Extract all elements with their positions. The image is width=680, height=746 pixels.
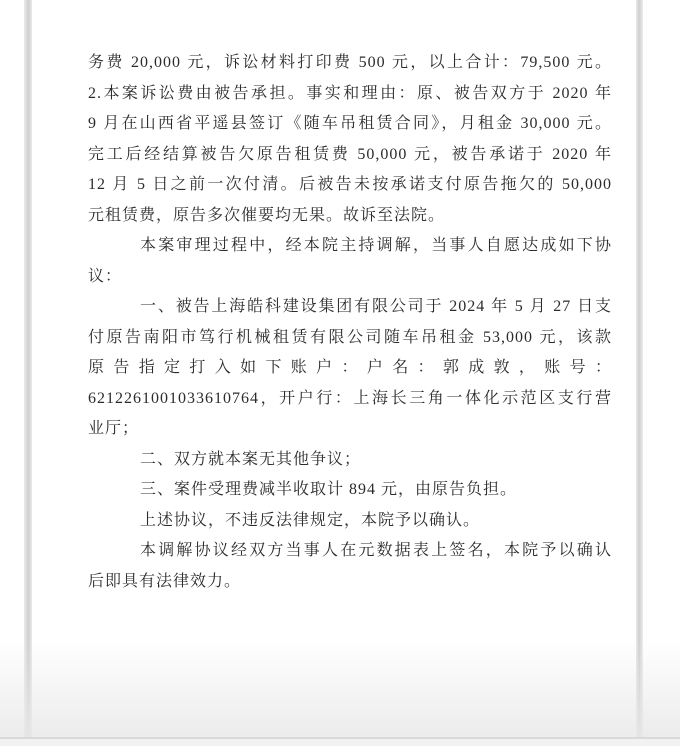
text-line: 上述协议，不违反法律规定，本院予以确认。 xyxy=(88,506,612,537)
text-line: 2.本案诉讼费由被告承担。事实和理由：原、被告双方于 2020 年 xyxy=(88,79,612,110)
text-line: 本案审理过程中，经本院主持调解，当事人自愿达成如下协 xyxy=(88,231,612,262)
text-line: 议： xyxy=(88,262,612,293)
text-line: 6212261001033610764，开户行：上海长三角一体化示范区支行营 xyxy=(88,384,612,415)
text-line: 原告指定打入如下账户：户名：郭成敦，账号： xyxy=(88,353,612,384)
text-line: 二、双方就本案无其他争议； xyxy=(88,445,612,476)
page-left-edge xyxy=(24,0,32,739)
text-line: 9 月在山西省平遥县签订《随车吊租赁合同》，月租金 30,000 元。 xyxy=(88,109,612,140)
text-line: 完工后经结算被告欠原告租赁费 50,000 元，被告承诺于 2020 年 xyxy=(88,140,612,171)
text-line: 元租赁费，原告多次催要均无果。故诉至法院。 xyxy=(88,201,612,232)
page-bottom-shadow xyxy=(0,640,680,737)
text-line: 本调解协议经双方当事人在元数据表上签名，本院予以确认 xyxy=(88,536,612,567)
text-line: 三、案件受理费减半收取计 894 元，由原告负担。 xyxy=(88,475,612,506)
document-text-block: 务费 20,000 元，诉讼材料打印费 500 元，以上合计：79,500 元。… xyxy=(88,48,612,597)
text-line: 付原告南阳市笃行机械租赁有限公司随车吊租金 53,000 元，该款 xyxy=(88,323,612,354)
document-viewer[interactable]: 务费 20,000 元，诉讼材料打印费 500 元，以上合计：79,500 元。… xyxy=(0,0,680,746)
text-line: 后即具有法律效力。 xyxy=(88,567,612,598)
text-line: 务费 20,000 元，诉讼材料打印费 500 元，以上合计：79,500 元。 xyxy=(88,48,612,79)
page-gap xyxy=(0,739,680,746)
text-line: 一、被告上海皓科建设集团有限公司于 2024 年 5 月 27 日支 xyxy=(88,292,612,323)
page-right-edge xyxy=(636,0,643,739)
text-line: 业厅； xyxy=(88,414,612,445)
text-line: 12 月 5 日之前一次付清。后被告未按承诺支付原告拖欠的 50,000 xyxy=(88,170,612,201)
